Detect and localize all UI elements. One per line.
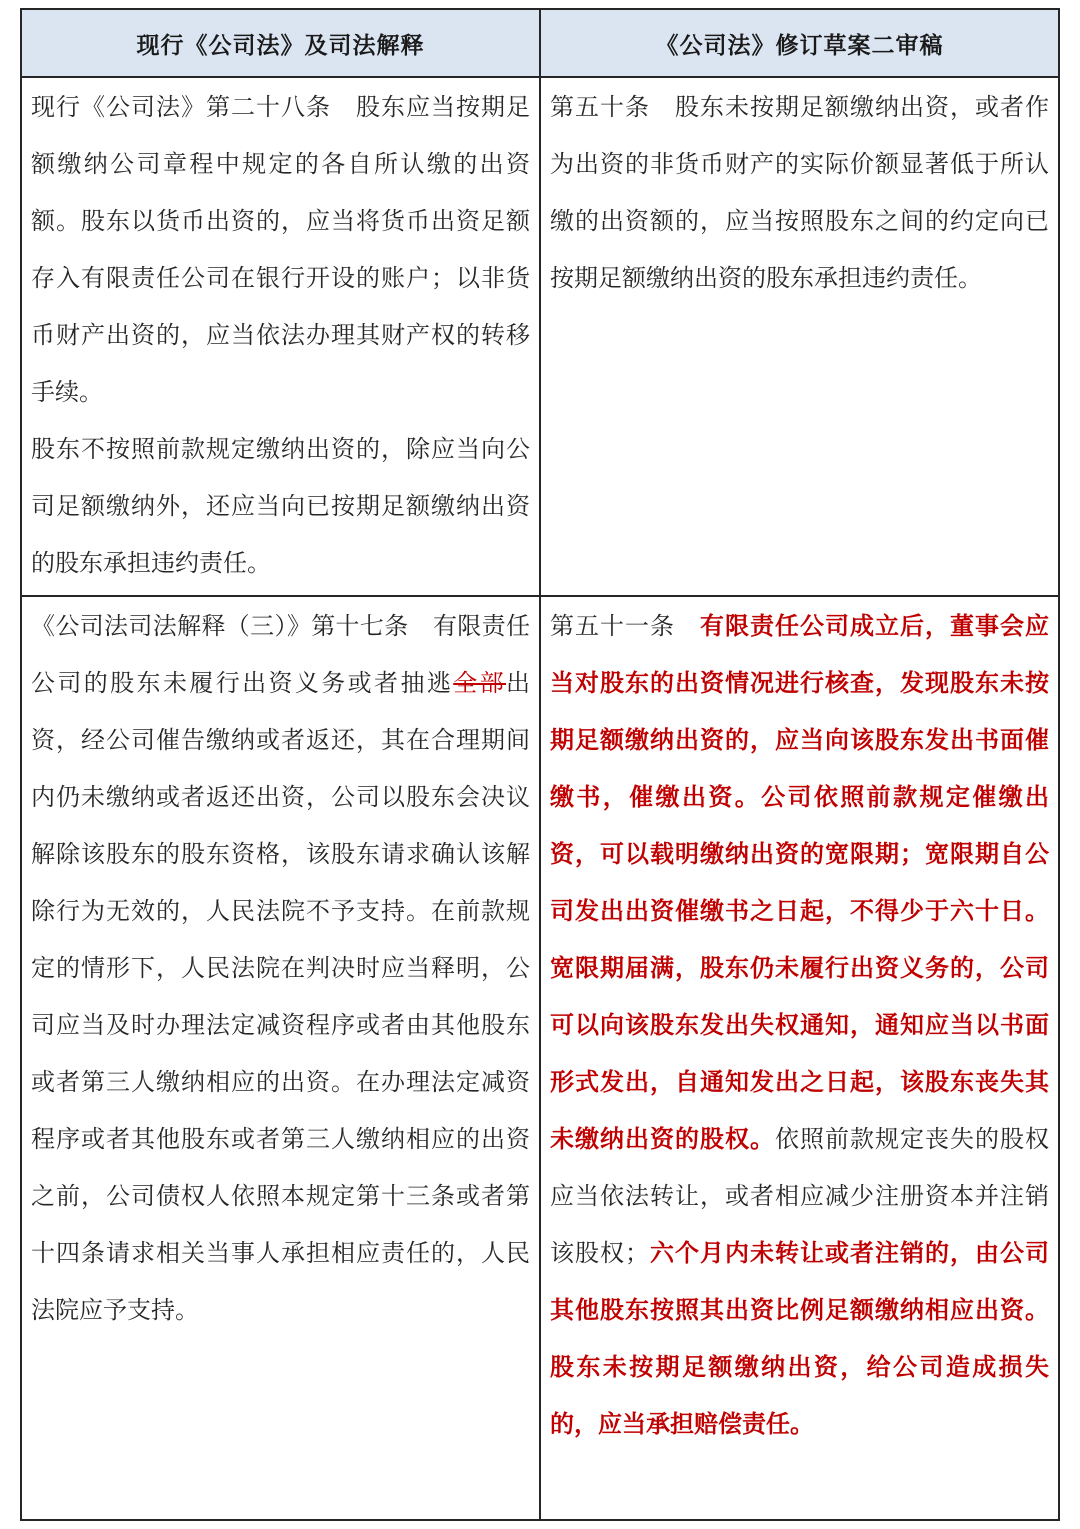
header-current-law: 现行《公司法》及司法解释 [21,9,540,77]
text-run: 出资，经公司催告缴纳或者返还，其在合理期间内仍未缴纳或者返还出资，公司以股东会决… [31,671,530,1324]
table-row-interpretation-17-vs-51: 《公司法司法解释（三）》第十七条 有限责任公司的股东未履行出资义务或者抽逃全部出… [21,596,1059,1520]
cell-draft-article-50: 第五十条 股东未按期足额缴纳出资，或者作为出资的非货币财产的实际价额显著低于所认… [540,77,1059,596]
text-run: 第五十一条 [550,614,700,640]
paragraph: 股东不按照前款规定缴纳出资的，除应当向公司足额缴纳外，还应当向已按期足额缴纳出资… [31,422,530,593]
header-revision-draft: 《公司法》修订草案二审稿 [540,9,1059,77]
paragraph: 现行《公司法》第二十八条 股东应当按期足额缴纳公司章程中规定的各自所认缴的出资额… [31,80,530,422]
added-text: 六个月内未转让或者注销的，由公司其他股东按照其出资比例足额缴纳相应出资。股东未按… [550,1241,1049,1438]
table-row-article-28-vs-50: 现行《公司法》第二十八条 股东应当按期足额缴纳公司章程中规定的各自所认缴的出资额… [21,77,1059,596]
paragraph: 第五十一条 有限责任公司成立后，董事会应当对股东的出资情况进行核查，发现股东未按… [550,599,1049,1454]
added-text: 有限责任公司成立后，董事会应当对股东的出资情况进行核查，发现股东未按期足额缴纳出… [550,614,1049,1153]
document-page: 现行《公司法》及司法解释 《公司法》修订草案二审稿 现行《公司法》第二十八条 股… [0,0,1080,1529]
text-run: 股东不按照前款规定缴纳出资的，除应当向公司足额缴纳外，还应当向已按期足额缴纳出资… [31,437,530,577]
paragraph: 《公司法司法解释（三）》第十七条 有限责任公司的股东未履行出资义务或者抽逃全部出… [31,599,530,1340]
cell-draft-article-51: 第五十一条 有限责任公司成立后，董事会应当对股东的出资情况进行核查，发现股东未按… [540,596,1059,1520]
cell-judicial-interpretation-article-17: 《公司法司法解释（三）》第十七条 有限责任公司的股东未履行出资义务或者抽逃全部出… [21,596,540,1520]
deleted-text: 全部 [453,671,506,697]
cell-current-law-article-28: 现行《公司法》第二十八条 股东应当按期足额缴纳公司章程中规定的各自所认缴的出资额… [21,77,540,596]
text-run: 现行《公司法》第二十八条 股东应当按期足额缴纳公司章程中规定的各自所认缴的出资额… [31,95,530,406]
paragraph: 第五十条 股东未按期足额缴纳出资，或者作为出资的非货币财产的实际价额显著低于所认… [550,80,1049,308]
law-comparison-table: 现行《公司法》及司法解释 《公司法》修订草案二审稿 现行《公司法》第二十八条 股… [20,8,1060,1521]
text-run: 第五十条 股东未按期足额缴纳出资，或者作为出资的非货币财产的实际价额显著低于所认… [550,95,1049,292]
header-row: 现行《公司法》及司法解释 《公司法》修订草案二审稿 [21,9,1059,77]
